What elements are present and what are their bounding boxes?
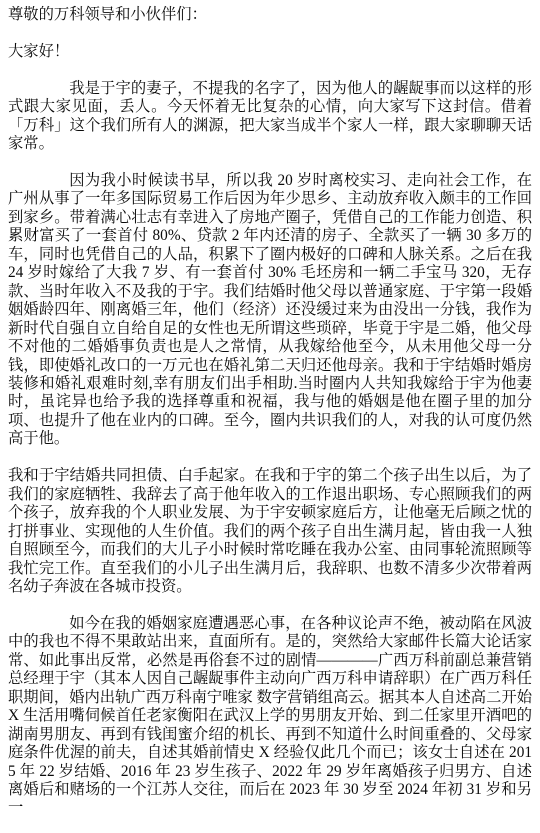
letter-paragraph-family: 我和于宇结婚共同担债、白手起家。在我和于宇的第二个孩子出生以后，为了我们的家庭牺… xyxy=(8,467,532,596)
letter-salutation: 尊敬的万科领导和小伙伴们： xyxy=(8,6,532,24)
letter-greeting: 大家好！ xyxy=(8,43,532,61)
letter-body: 尊敬的万科领导和小伙伴们： 大家好！ 我是于宇的妻子，不提我的名字了，因为他人的… xyxy=(8,6,532,818)
letter-paragraph-intro: 我是于宇的妻子，不提我的名字了，因为他人的龌龊事而以这样的形式跟大家见面，丢人。… xyxy=(8,80,532,154)
letter-paragraph-background: 因为我小时候读书早，所以我 20 岁时离校实习、走向社会工作，在广州从事了一年多… xyxy=(8,172,532,449)
document-page: 尊敬的万科领导和小伙伴们： 大家好！ 我是于宇的妻子，不提我的名字了，因为他人的… xyxy=(0,0,540,833)
letter-paragraph-incident: 如今在我的婚姻家庭遭遇恶心事，在各种议论声不绝，被动陷在风波中的我也不得不果敢站… xyxy=(8,615,532,818)
